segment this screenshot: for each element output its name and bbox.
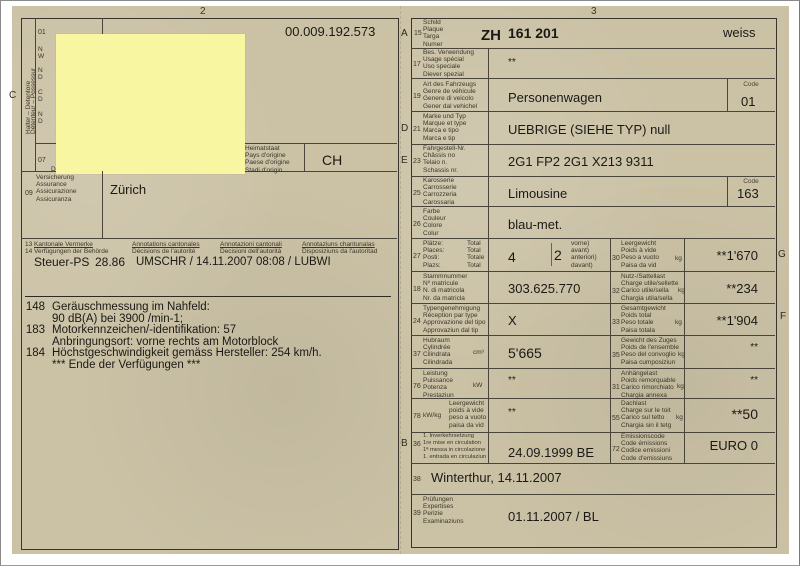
seats-total-label: TotalTotalTotaleTotal bbox=[467, 240, 484, 269]
displacement-label: HubraumCylindréeCilindrataCilindrada bbox=[423, 337, 452, 366]
power-weight-label: Leergewichtpoids à videpeso a vuotopaisa… bbox=[449, 400, 486, 429]
vehicle-kind-code-value: 01 bbox=[741, 94, 755, 109]
first-registration-code: 36 bbox=[413, 441, 421, 448]
roof-load-label: DachlastCharge sur le toitCarico sul tet… bbox=[621, 400, 671, 429]
remark-line: *** Ende der Verfügungen *** bbox=[17, 360, 322, 372]
registry-number-code: 18 bbox=[413, 286, 421, 293]
document-number: 00.009.192.573 bbox=[285, 24, 375, 39]
annotation-header-rm: Annotaziuns chantunalasDisposiziuns da l… bbox=[302, 241, 377, 255]
trailer-load-code: 31 bbox=[612, 384, 620, 391]
side-letter-d: D bbox=[401, 123, 408, 134]
power-label: LeistungPuissancePotenzaPrestaziun bbox=[423, 370, 454, 399]
special-use-code: 17 bbox=[413, 61, 421, 68]
remark-line: 148Geräuschmessung im Nahfeld: bbox=[17, 302, 322, 314]
inspections-code: 39 bbox=[413, 510, 421, 517]
payload-unit: kg bbox=[678, 287, 685, 294]
total-weight-label: GesamtgewichtPoids totalPeso totalePaisa… bbox=[621, 305, 666, 334]
homeland-value: CH bbox=[322, 152, 342, 168]
emission-code-label: EmissionscodeCode émissionsCodice emissi… bbox=[621, 433, 672, 462]
chassis-value: 2G1 FP2 2G1 X213 9311 bbox=[508, 154, 654, 169]
train-weight-code: 35 bbox=[612, 352, 620, 359]
insurance-label: VersicherungAssuranceAssicurazioneAssicu… bbox=[36, 174, 76, 203]
holder-label-partial-2: ND bbox=[38, 67, 43, 81]
empty-weight-unit: kg bbox=[675, 255, 682, 262]
empty-weight-label: LeergewichtPoids à videPeso a vuotoPaisa… bbox=[621, 240, 659, 269]
roof-load-unit: kg bbox=[676, 414, 683, 421]
seats-front-label: vorne)avant)anteriori)davant) bbox=[571, 240, 597, 269]
empty-weight-value: **1'670 bbox=[691, 248, 758, 263]
seats-label: Plätze:Places:Posti:Plazs: bbox=[423, 240, 444, 269]
train-weight-value: ** bbox=[691, 342, 758, 353]
body-value: Limousine bbox=[508, 186, 567, 201]
inspections-value: 01.11.2007 / BL bbox=[508, 509, 599, 524]
power-weight-unit: kW/kg bbox=[423, 412, 441, 419]
page-number: 2 bbox=[200, 6, 206, 17]
power-weight-value: ** bbox=[508, 407, 516, 418]
emission-code-value: EURO 0 bbox=[691, 438, 758, 453]
tax-hp-label: Steuer-PS bbox=[34, 255, 89, 269]
color-code: 26 bbox=[413, 221, 421, 228]
annotation-header-fr: Annotations cantonalesDécisions de l'aut… bbox=[132, 241, 200, 255]
vehicle-kind-label: Art des FahrzeugsGenre de véhiculeGenere… bbox=[423, 81, 477, 110]
chassis-code: 23 bbox=[413, 158, 421, 165]
trailer-load-value: ** bbox=[691, 375, 758, 386]
registry-number-label: StammnummerNº matriculeN. di matricolaNr… bbox=[423, 273, 467, 302]
train-weight-unit: kg bbox=[678, 351, 685, 358]
first-registration-label: 1. Inverkehrsetzung1re mise en circulati… bbox=[423, 433, 486, 461]
vehicle-kind-code: 19 bbox=[413, 93, 421, 100]
seats-code: 27 bbox=[413, 253, 421, 260]
power-value: ** bbox=[508, 375, 516, 386]
type-approval-label: TypengenehmigungRéception par typeApprov… bbox=[423, 305, 486, 334]
make-type-code: 21 bbox=[413, 126, 421, 133]
empty-weight-code: 30 bbox=[612, 255, 620, 262]
plate-number: 161 201 bbox=[508, 25, 559, 41]
side-letter-g: G bbox=[778, 249, 786, 260]
color-label: FarbeCouleurColoreColur bbox=[423, 208, 446, 237]
issue-place-code: 38 bbox=[413, 476, 421, 483]
roof-load-value: **50 bbox=[691, 406, 758, 422]
tax-hp-value: 28.86 bbox=[95, 255, 125, 269]
first-registration-value: 24.09.1999 BE bbox=[508, 445, 594, 460]
displacement-unit: cm³ bbox=[473, 349, 484, 356]
make-type-label: Marke und TypMarque et typeMarca e tipoM… bbox=[423, 113, 466, 142]
left-page: 2 C Halter – Detentore Détenteur – Posse… bbox=[12, 6, 400, 554]
homeland-label: HeimatstaatPays d'originePaese d'origine… bbox=[245, 145, 290, 174]
special-use-value: ** bbox=[508, 57, 516, 68]
special-use-label: Bes. VerwendungUsage spécialUso speciale… bbox=[423, 49, 474, 78]
power-weight-code: 78 bbox=[413, 413, 421, 420]
payload-label: Nutz-/SattellastCharge utile/selletteCar… bbox=[621, 273, 678, 302]
displacement-code: 37 bbox=[413, 351, 421, 358]
total-weight-code: 33 bbox=[612, 319, 620, 326]
trailer-load-unit: kg bbox=[677, 383, 684, 390]
roof-load-code: 55 bbox=[612, 415, 620, 422]
make-type-value: UEBRIGE (SIEHE TYP) null bbox=[508, 122, 670, 137]
plate-code: 15 bbox=[414, 30, 422, 37]
type-approval-code: 24 bbox=[413, 318, 421, 325]
holder-name-label-partial: NW bbox=[38, 46, 44, 60]
field-code-01: 01 bbox=[38, 29, 46, 36]
annotation-entry: UMSCHR / 14.11.2007 08:08 / LUBWI bbox=[136, 256, 331, 268]
power-unit: kW bbox=[473, 382, 482, 389]
issue-place-date-value: Winterthur, 14.11.2007 bbox=[431, 470, 562, 485]
insurance-code: 09 bbox=[25, 190, 33, 197]
body-code-value: 163 bbox=[737, 186, 759, 201]
side-letter-b: B bbox=[401, 438, 408, 449]
train-weight-label: Gewicht des ZugesPoids de l'ensemblePeso… bbox=[621, 337, 679, 366]
side-letter-a: A bbox=[401, 28, 408, 39]
side-letter-f: F bbox=[780, 311, 786, 322]
right-page: 3 A D E B G F 15 SchildPlaqueTargaNumer … bbox=[400, 6, 789, 554]
annotation-codes: 1314 bbox=[25, 241, 32, 255]
payload-value: **234 bbox=[691, 281, 758, 296]
plate-label: SchildPlaqueTargaNumer bbox=[423, 19, 443, 48]
seats-front-value: 2 bbox=[554, 247, 562, 263]
holder-label-partial-4: ND bbox=[38, 111, 43, 125]
insurance-value: Zürich bbox=[110, 182, 146, 197]
remarks-list: 148Geräuschmessung im Nahfeld: 90 dB(A) … bbox=[17, 302, 322, 371]
plate-canton: ZH bbox=[481, 27, 501, 44]
side-letter-e: E bbox=[401, 155, 408, 166]
power-code: 76 bbox=[413, 383, 421, 390]
vehicle-kind-code-header: Code bbox=[727, 81, 775, 88]
registry-number-value: 303.625.770 bbox=[508, 281, 580, 296]
type-approval-value: X bbox=[508, 313, 517, 328]
holder-label-partial-3: CD bbox=[38, 89, 43, 103]
remark-line: 184Höchstgeschwindigkeit gemäss Herstell… bbox=[17, 348, 322, 360]
body-code-header: Code bbox=[727, 178, 775, 185]
total-weight-value: **1'904 bbox=[691, 313, 758, 328]
annotation-header-it: Annotazioni cantonaliDecisioni dell'auto… bbox=[220, 241, 282, 255]
plate-color: weiss bbox=[723, 25, 756, 40]
remark-line: 183Motorkennzeichen/-identifikation: 57 bbox=[17, 325, 322, 337]
displacement-value: 5'665 bbox=[508, 345, 542, 361]
inspections-label: PrüfungenExpertisesPerizieExaminaziuns bbox=[423, 496, 463, 525]
payload-code: 32 bbox=[612, 288, 620, 295]
body-code: 25 bbox=[413, 190, 421, 197]
section-letter-c: C bbox=[9, 90, 16, 101]
vehicle-kind-value: Personenwagen bbox=[508, 90, 602, 105]
emission-code-code: 72 bbox=[612, 446, 620, 453]
page-number: 3 bbox=[591, 6, 597, 17]
color-value: blau-met. bbox=[508, 217, 562, 232]
annotation-header-de: Kantonale VermerkeVerfügungen der Behörd… bbox=[34, 241, 108, 255]
chassis-label: Fahrgestell-Nr.Châssis noTelaio n.Schass… bbox=[423, 145, 466, 174]
body-label: KarosserieCarrosserieCarrozzeriaCarossar… bbox=[423, 177, 457, 206]
total-weight-unit: kg bbox=[675, 319, 682, 326]
seats-total-value: 4 bbox=[508, 249, 516, 265]
field-code-07: 07 bbox=[38, 157, 46, 164]
privacy-sticky-note bbox=[56, 34, 245, 174]
holder-vertical-label-2: Détenteur – Possessur bbox=[30, 68, 37, 134]
trailer-load-label: AnhängelastPoids remorquableCarico rimor… bbox=[621, 370, 676, 399]
